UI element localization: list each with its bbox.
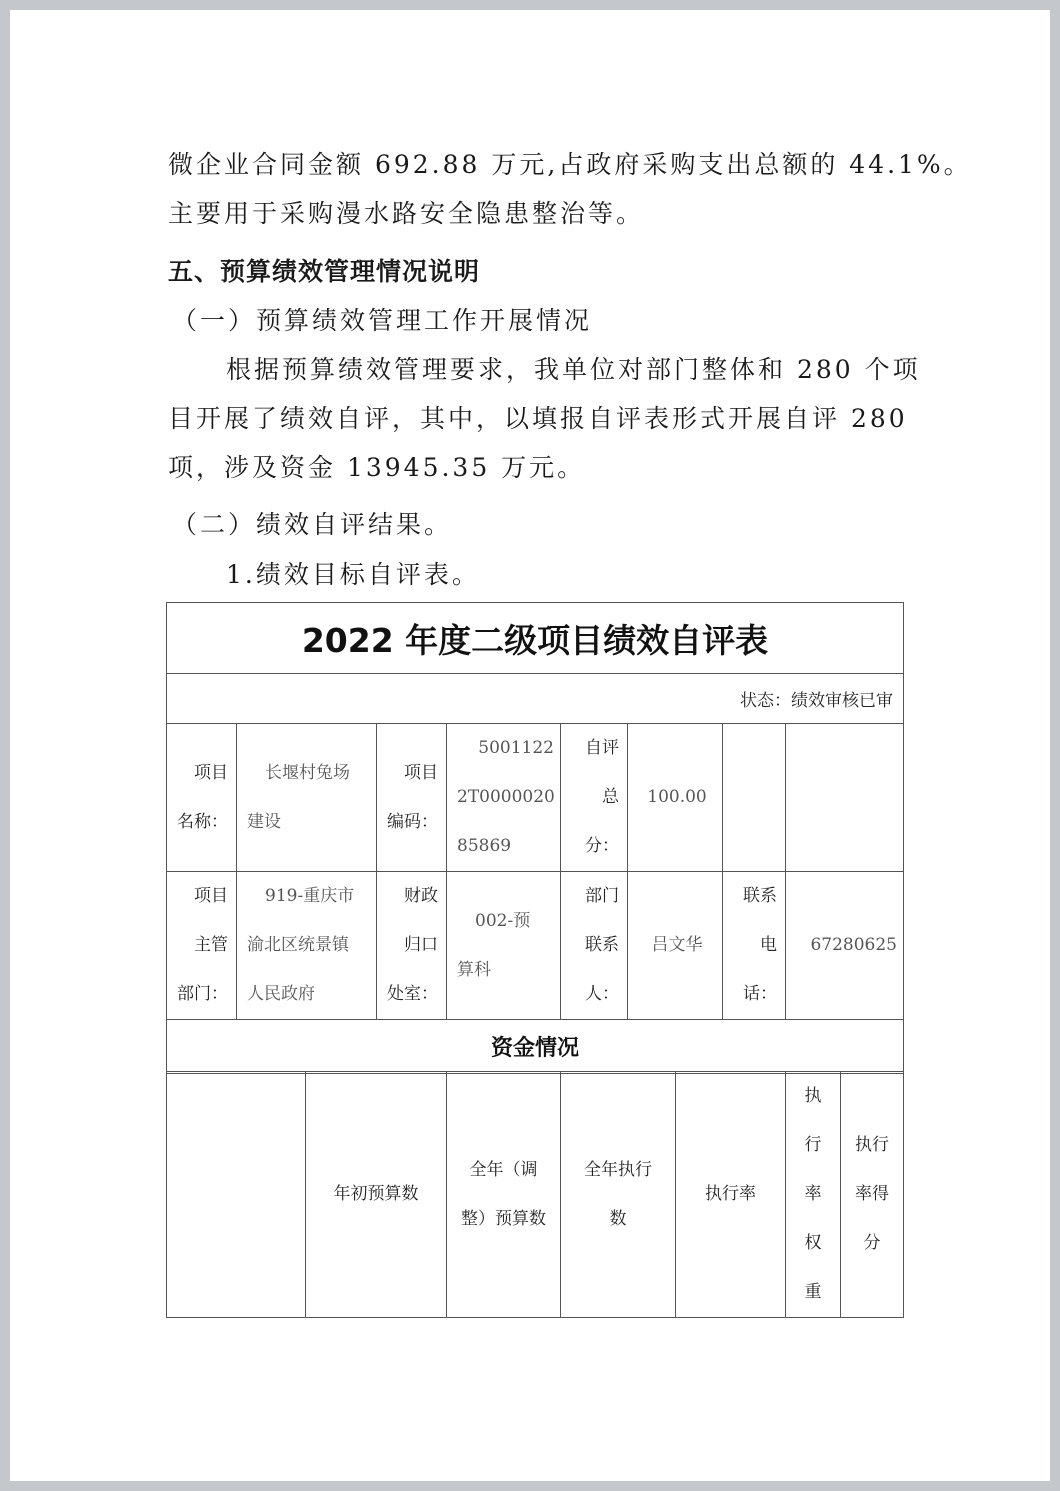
contact-value: 吕文华 xyxy=(628,872,723,1020)
phone-value: 67280625 xyxy=(786,872,904,1020)
form-title: 2022 年度二级项目绩效自评表 xyxy=(167,603,904,674)
project-code-value: 50011222T000002085869 xyxy=(447,724,561,872)
sub1-heading: （一）预算绩效管理工作开展情况 xyxy=(172,306,592,336)
project-name-value: 长堰村兔场建设 xyxy=(237,724,377,872)
project-info-table: 项目名称： 长堰村兔场建设 项目编码： 50011222T00000208586… xyxy=(166,723,904,1074)
self-score-label: 自评总分： xyxy=(561,724,628,872)
para2-line2: 目开展了绩效自评，其中，以填报自评表形式开展自评 280 xyxy=(168,404,908,434)
para1-line2: 主要用于采购漫水路安全隐患整治等。 xyxy=(168,199,644,229)
item1-heading: 1.绩效目标自评表。 xyxy=(226,560,480,590)
funds-header-blank xyxy=(167,1072,306,1318)
department-row: 项目主管部门： 919-重庆市渝北区统景镇人民政府 财政归口处室： 002-预算… xyxy=(167,872,904,1020)
funds-section-title: 资金情况 xyxy=(167,1020,904,1074)
rate-weight-header: 执行率权重 xyxy=(786,1072,841,1318)
contact-label: 部门联系人： xyxy=(561,872,628,1020)
para2-line3: 项，涉及资金 13945.35 万元。 xyxy=(168,453,585,483)
rate-score-header: 执行率得分 xyxy=(841,1072,904,1318)
finance-office-value: 002-预算科 xyxy=(447,872,561,1020)
status-text: 状态：绩效审核已审 xyxy=(167,674,904,724)
annual-execution-header: 全年执行数 xyxy=(561,1072,676,1318)
para1-line1: 微企业合同金额 692.88 万元,占政府采购支出总额的 44.1%。 xyxy=(168,150,972,180)
empty-cell-1 xyxy=(723,724,786,872)
para2-line1: 根据预算绩效管理要求，我单位对部门整体和 280 个项 xyxy=(226,355,921,385)
project-name-label: 项目名称： xyxy=(167,724,237,872)
funds-table: 年初预算数 全年（调整）预算数 全年执行数 执行率 执行率权重 执行率得分 xyxy=(166,1071,904,1318)
finance-office-label: 财政归口处室： xyxy=(377,872,447,1020)
sub2-heading: （二）绩效自评结果。 xyxy=(172,510,452,540)
empty-cell-2 xyxy=(786,724,904,872)
funds-header-row: 年初预算数 全年（调整）预算数 全年执行数 执行率 执行率权重 执行率得分 xyxy=(167,1072,904,1318)
self-score-value: 100.00 xyxy=(628,724,723,872)
phone-label: 联系电话： xyxy=(723,872,786,1020)
section5-heading: 五、预算绩效管理情况说明 xyxy=(168,257,480,287)
execution-rate-header: 执行率 xyxy=(676,1072,786,1318)
adjusted-budget-header: 全年（调整）预算数 xyxy=(447,1072,561,1318)
initial-budget-header: 年初预算数 xyxy=(306,1072,447,1318)
project-name-row: 项目名称： 长堰村兔场建设 项目编码： 50011222T00000208586… xyxy=(167,724,904,872)
project-code-label: 项目编码： xyxy=(377,724,447,872)
dept-value: 919-重庆市渝北区统景镇人民政府 xyxy=(237,872,377,1020)
dept-label: 项目主管部门： xyxy=(167,872,237,1020)
performance-self-evaluation-table: 2022 年度二级项目绩效自评表 状态：绩效审核已审 xyxy=(166,602,904,724)
